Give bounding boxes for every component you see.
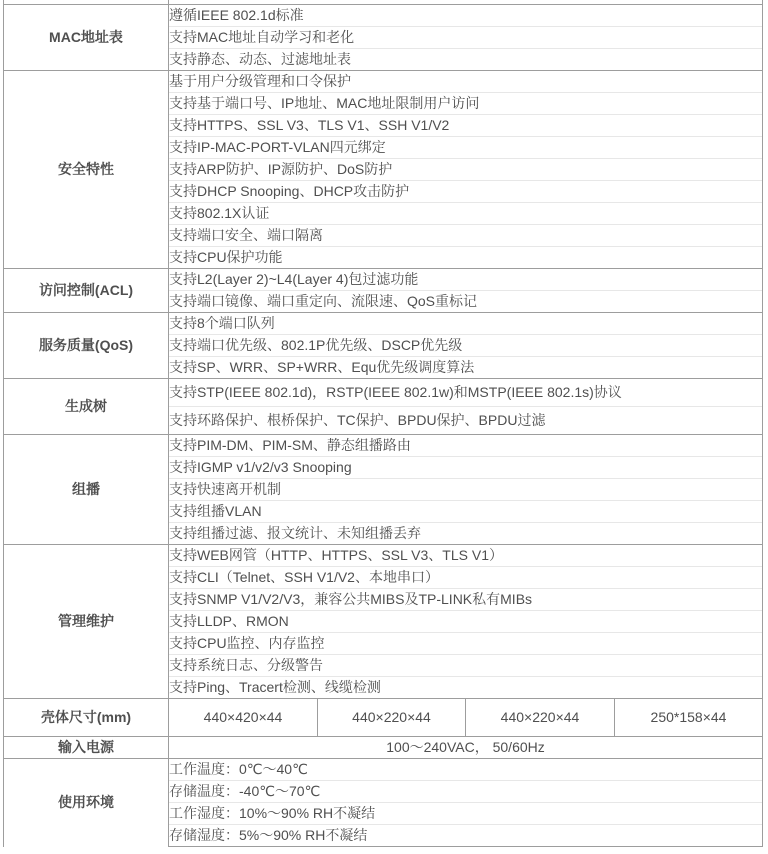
feature-text: 支持STP(IEEE 802.1d)，RSTP(IEEE 802.1w)和MST…	[169, 379, 763, 407]
feature-text: 支持LLDP、RMON	[169, 611, 763, 633]
feature-text: 支持CLI（Telnet、SSH V1/V2、本地串口）	[169, 567, 763, 589]
spec-table-row: 组播支持PIM-DM、PIM-SM、静态组播路由	[4, 435, 763, 457]
section-label: 安全特性	[4, 71, 169, 269]
feature-text: 存储湿度：5%～90% RH不凝结	[169, 825, 763, 847]
spec-table-row: 安全特性基于用户分级管理和口令保护	[4, 71, 763, 93]
spec-table-row: 服务质量(QoS)支持8个端口队列	[4, 313, 763, 335]
feature-text: 支持802.1X认证	[169, 203, 763, 225]
spec-table-row: 使用环境工作温度：0℃～40℃	[4, 759, 763, 781]
feature-text: 支持CPU监控、内存监控	[169, 633, 763, 655]
feature-text: 支持快速离开机制	[169, 479, 763, 501]
feature-text: 支持L2(Layer 2)~L4(Layer 4)包过滤功能	[169, 269, 763, 291]
dimension-value: 440×220×44	[318, 699, 466, 737]
section-label: 使用环境	[4, 759, 169, 847]
feature-text: 支持SP、WRR、SP+WRR、Equ优先级调度算法	[169, 357, 763, 379]
section-label: 管理维护	[4, 545, 169, 699]
feature-text: 支持MAC地址自动学习和老化	[169, 27, 763, 49]
section-label: 生成树	[4, 379, 169, 435]
feature-text: 遵循IEEE 802.1d标准	[169, 5, 763, 27]
feature-text: 支持Ping、Tracert检测、线缆检测	[169, 677, 763, 699]
feature-text: 支持端口优先级、802.1P优先级、DSCP优先级	[169, 335, 763, 357]
section-label: 壳体尺寸(mm)	[4, 699, 169, 737]
spec-table-row: 生成树支持STP(IEEE 802.1d)，RSTP(IEEE 802.1w)和…	[4, 379, 763, 407]
feature-text: 支持组播过滤、报文统计、未知组播丢弃	[169, 523, 763, 545]
spec-table-row: 访问控制(ACL)支持L2(Layer 2)~L4(Layer 4)包过滤功能	[4, 269, 763, 291]
feature-text: 支持基于端口号、IP地址、MAC地址限制用户访问	[169, 93, 763, 115]
feature-text: 存储温度：-40℃～70℃	[169, 781, 763, 803]
spec-table-row: 管理维护支持WEB网管（HTTP、HTTPS、SSL V3、TLS V1）	[4, 545, 763, 567]
section-label: 组播	[4, 435, 169, 545]
spec-table-row: 壳体尺寸(mm)440×420×44440×220×44440×220×4425…	[4, 699, 763, 737]
feature-text: 支持端口安全、端口隔离	[169, 225, 763, 247]
feature-text: 基于用户分级管理和口令保护	[169, 71, 763, 93]
feature-text: 支持IP-MAC-PORT-VLAN四元绑定	[169, 137, 763, 159]
feature-text: 工作温度：0℃～40℃	[169, 759, 763, 781]
spec-table: MAC地址表遵循IEEE 802.1d标准支持MAC地址自动学习和老化支持静态、…	[3, 0, 763, 847]
feature-text: 支持PIM-DM、PIM-SM、静态组播路由	[169, 435, 763, 457]
feature-text: 支持ARP防护、IP源防护、DoS防护	[169, 159, 763, 181]
feature-text: 支持SNMP V1/V2/V3，兼容公共MIBS及TP-LINK私有MIBs	[169, 589, 763, 611]
section-label: 服务质量(QoS)	[4, 313, 169, 379]
feature-text: 支持HTTPS、SSL V3、TLS V1、SSH V1/V2	[169, 115, 763, 137]
spec-sheet-page: MAC地址表遵循IEEE 802.1d标准支持MAC地址自动学习和老化支持静态、…	[0, 0, 768, 854]
section-label: 访问控制(ACL)	[4, 269, 169, 313]
spec-table-row: MAC地址表遵循IEEE 802.1d标准	[4, 5, 763, 27]
feature-text: 支持系统日志、分级警告	[169, 655, 763, 677]
feature-text: 支持静态、动态、过滤地址表	[169, 49, 763, 71]
feature-text: 工作湿度：10%～90% RH不凝结	[169, 803, 763, 825]
spec-table-row: 输入电源100～240VAC， 50/60Hz	[4, 737, 763, 759]
power-value: 100～240VAC， 50/60Hz	[169, 737, 763, 759]
dimension-value: 440×420×44	[169, 699, 318, 737]
feature-text: 支持IGMP v1/v2/v3 Snooping	[169, 457, 763, 479]
feature-text: 支持组播VLAN	[169, 501, 763, 523]
dimension-value: 440×220×44	[466, 699, 615, 737]
section-label: 输入电源	[4, 737, 169, 759]
feature-text: 支持DHCP Snooping、DHCP攻击防护	[169, 181, 763, 203]
feature-text: 支持环路保护、根桥保护、TC保护、BPDU保护、BPDU过滤	[169, 407, 763, 435]
dimension-value: 250*158×44	[615, 699, 763, 737]
feature-text: 支持端口镜像、端口重定向、流限速、QoS重标记	[169, 291, 763, 313]
feature-text: 支持CPU保护功能	[169, 247, 763, 269]
feature-text: 支持8个端口队列	[169, 313, 763, 335]
feature-text: 支持WEB网管（HTTP、HTTPS、SSL V3、TLS V1）	[169, 545, 763, 567]
section-label: MAC地址表	[4, 5, 169, 71]
